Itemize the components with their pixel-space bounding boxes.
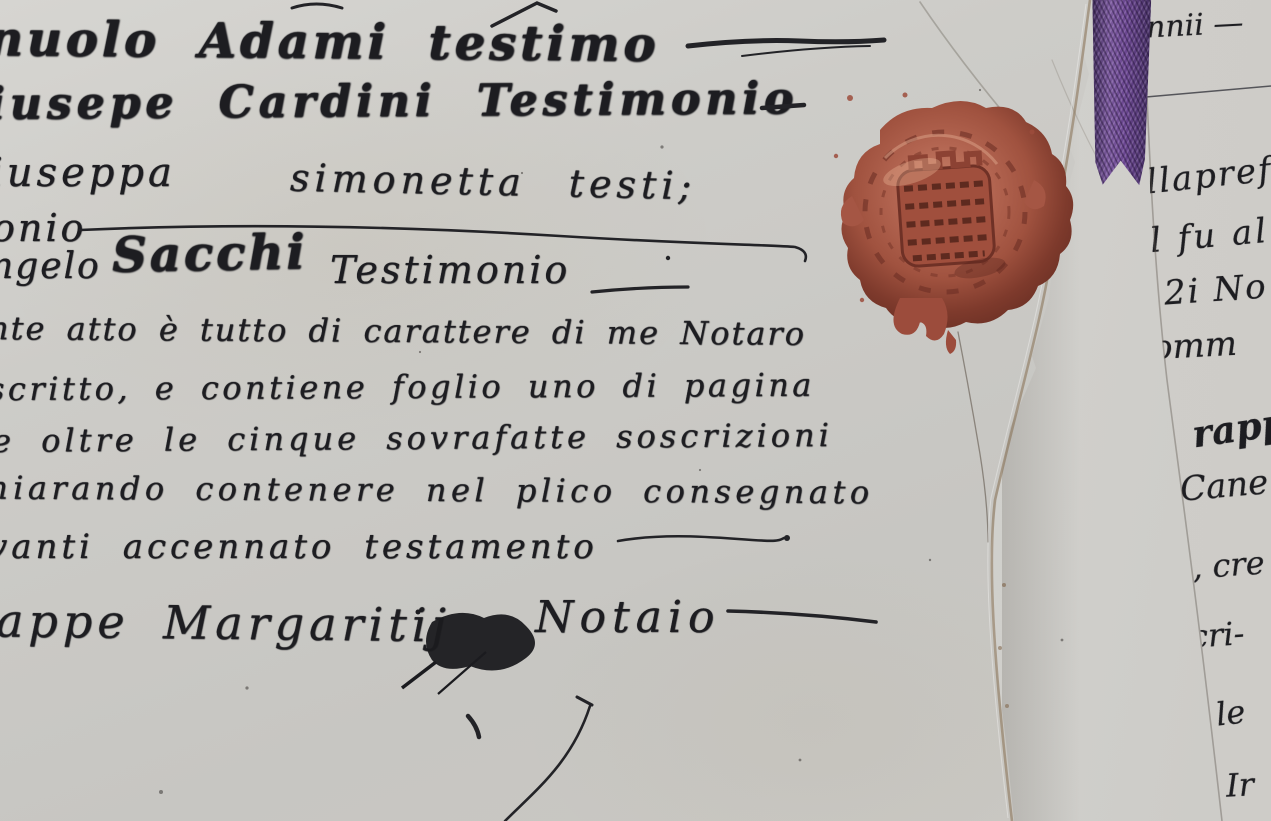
handwriting-line: iusepe Cardini Testimonio bbox=[0, 73, 798, 130]
handwriting-fragment: Cane bbox=[1178, 462, 1269, 510]
handwriting-line: Testimonio bbox=[330, 248, 570, 292]
handwriting-line: simonetta testi; bbox=[290, 156, 697, 208]
handwriting-line: nte atto è tutto di carattere di me Nota… bbox=[0, 309, 806, 353]
handwriting-fragment: rapp bbox=[1189, 400, 1271, 457]
handwriting-fragment: l fu al bbox=[1148, 211, 1270, 261]
handwriting-line: iuseppa bbox=[0, 150, 176, 196]
handwriting-line: vanti accennato testamento bbox=[0, 527, 598, 567]
handwriting-fragment: 2i No bbox=[1163, 266, 1269, 313]
handwriting-line: nuolo Adami testimo bbox=[0, 11, 660, 73]
purple-ribbon bbox=[1090, 0, 1152, 185]
handwriting-fragment: , cre bbox=[1191, 544, 1266, 587]
handwriting-line: Notaio bbox=[535, 592, 720, 643]
handwriting-fragment: Ir bbox=[1225, 765, 1255, 804]
handwriting-fragment: le bbox=[1214, 692, 1248, 733]
handwriting-line: onio bbox=[0, 206, 86, 250]
handwriting-fragment: llapref bbox=[1144, 149, 1271, 202]
handwriting-line: e oltre le cinque sovrafatte soscrizioni bbox=[0, 416, 833, 460]
handwriting-line: scritto, e contiene foglio uno di pagina bbox=[0, 366, 815, 408]
manuscript-photo: nnii — llapref l fu al 2i No omm rapp Ca… bbox=[0, 0, 1271, 821]
handwriting-fragment: nnii — bbox=[1145, 5, 1244, 45]
handwriting-line: appe Margaritij bbox=[0, 594, 451, 653]
handwriting-line: ngelo bbox=[0, 246, 101, 287]
handwriting-line: hiarando contenere nel plico consegnato bbox=[0, 469, 874, 512]
handwriting-line: Sacchi bbox=[112, 224, 308, 283]
